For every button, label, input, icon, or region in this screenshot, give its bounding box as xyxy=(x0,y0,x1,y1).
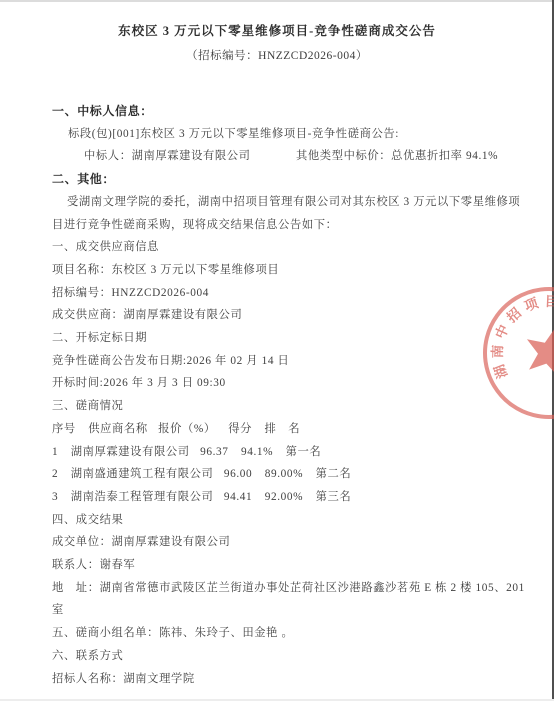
table-row: 3 湖南浩泰工程管理有限公司 94.41 92.00% 第三名 xyxy=(0,486,554,509)
header-no: 序号 xyxy=(52,423,76,435)
row-no: 3 xyxy=(52,491,58,503)
winner-price: 其他类型中标价：总优惠折扣率 94.1% xyxy=(296,150,498,162)
panel-list-line: 五、磋商小组名单：陈祎、朱玲子、田金艳 。 xyxy=(0,622,554,645)
heading-negotiation: 三、磋商情况 xyxy=(0,395,554,418)
winner-line: 中标人：湖南厚霖建设有限公司 其他类型中标价：总优惠折扣率 94.1% xyxy=(0,145,554,168)
tenderer-name-line: 招标人名称：湖南文理学院 xyxy=(0,668,554,691)
tender-no-line: 招标编号：HNZZCD2026-004 xyxy=(0,282,554,305)
supplier-line: 成交供应商：湖南厚霖建设有限公司 xyxy=(0,304,554,327)
heading-contact-method: 六、联系方式 xyxy=(0,645,554,668)
lot-line: 标段(包)[001]东校区 3 万元以下零星维修项目-竞争性磋商公告: xyxy=(0,123,554,146)
announce-date-line: 竞争性磋商公告发布日期:2026 年 02 月 14 日 xyxy=(0,350,554,373)
result-unit-line: 成交单位：湖南厚霖建设有限公司 xyxy=(0,531,554,554)
table-row: 1 湖南厚霖建设有限公司 96.37 94.1% 第一名 xyxy=(0,441,554,464)
header-name: 供应商名称 xyxy=(88,423,148,435)
intro-paragraph: 受湖南文理学院的委托，湖南中招项目管理有限公司对其东校区 3 万元以下零星维修项… xyxy=(0,191,554,236)
row-supplier-name: 湖南厚霖建设有限公司 xyxy=(71,446,190,458)
header-rank: 排 名 xyxy=(264,423,300,435)
header-score: 得分 xyxy=(228,423,252,435)
row-rank: 第一名 xyxy=(286,446,322,458)
row-price: 96.37 xyxy=(200,446,228,458)
row-score: 92.00% xyxy=(265,491,303,503)
row-price: 94.41 xyxy=(224,491,252,503)
row-score: 89.00% xyxy=(265,468,303,480)
address-line: 地 址：湖南省常德市武陵区芷兰街道办事处芷荷社区沙港路鑫沙茗苑 E 栋 2 楼 … xyxy=(0,577,554,622)
open-time-line: 开标时间:2026 年 3 月 3 日 09:30 xyxy=(0,372,554,395)
winner-name: 中标人：湖南厚霖建设有限公司 xyxy=(84,150,251,162)
scan-edge-top xyxy=(0,0,554,2)
row-rank: 第三名 xyxy=(316,491,352,503)
header-price: 报价（%） xyxy=(158,423,216,435)
row-rank: 第二名 xyxy=(316,468,352,480)
row-supplier-name: 湖南浩泰工程管理有限公司 xyxy=(71,491,214,503)
heading-other: 二、其他： xyxy=(0,168,554,191)
row-supplier-name: 湖南盛通建筑工程有限公司 xyxy=(71,468,214,480)
heading-supplier-info: 一、成交供应商信息 xyxy=(0,236,554,259)
project-name-line: 项目名称：东校区 3 万元以下零星维修项目 xyxy=(0,259,554,282)
row-score: 94.1% xyxy=(241,446,273,458)
row-no: 2 xyxy=(52,468,58,480)
tender-number-subtitle: （招标编号：HNZZCD2026-004） xyxy=(0,48,554,64)
heading-result: 四、成交结果 xyxy=(0,509,554,532)
heading-winner-info: 一、中标人信息： xyxy=(0,100,554,123)
document-page: 湖 南 中 招 项 目 管 理 有 限 公 司 东校区 3 万元以下零星维修项目… xyxy=(0,0,554,701)
row-no: 1 xyxy=(52,446,58,458)
row-price: 96.00 xyxy=(224,468,252,480)
table-header-row: 序号 供应商名称 报价（%） 得分 排 名 xyxy=(0,418,554,441)
heading-bid-dates: 二、开标定标日期 xyxy=(0,327,554,350)
table-row: 2 湖南盛通建筑工程有限公司 96.00 89.00% 第二名 xyxy=(0,463,554,486)
contact-person-line: 联系人：谢春军 xyxy=(0,554,554,577)
document-title: 东校区 3 万元以下零星维修项目-竞争性磋商成交公告 xyxy=(0,22,554,40)
